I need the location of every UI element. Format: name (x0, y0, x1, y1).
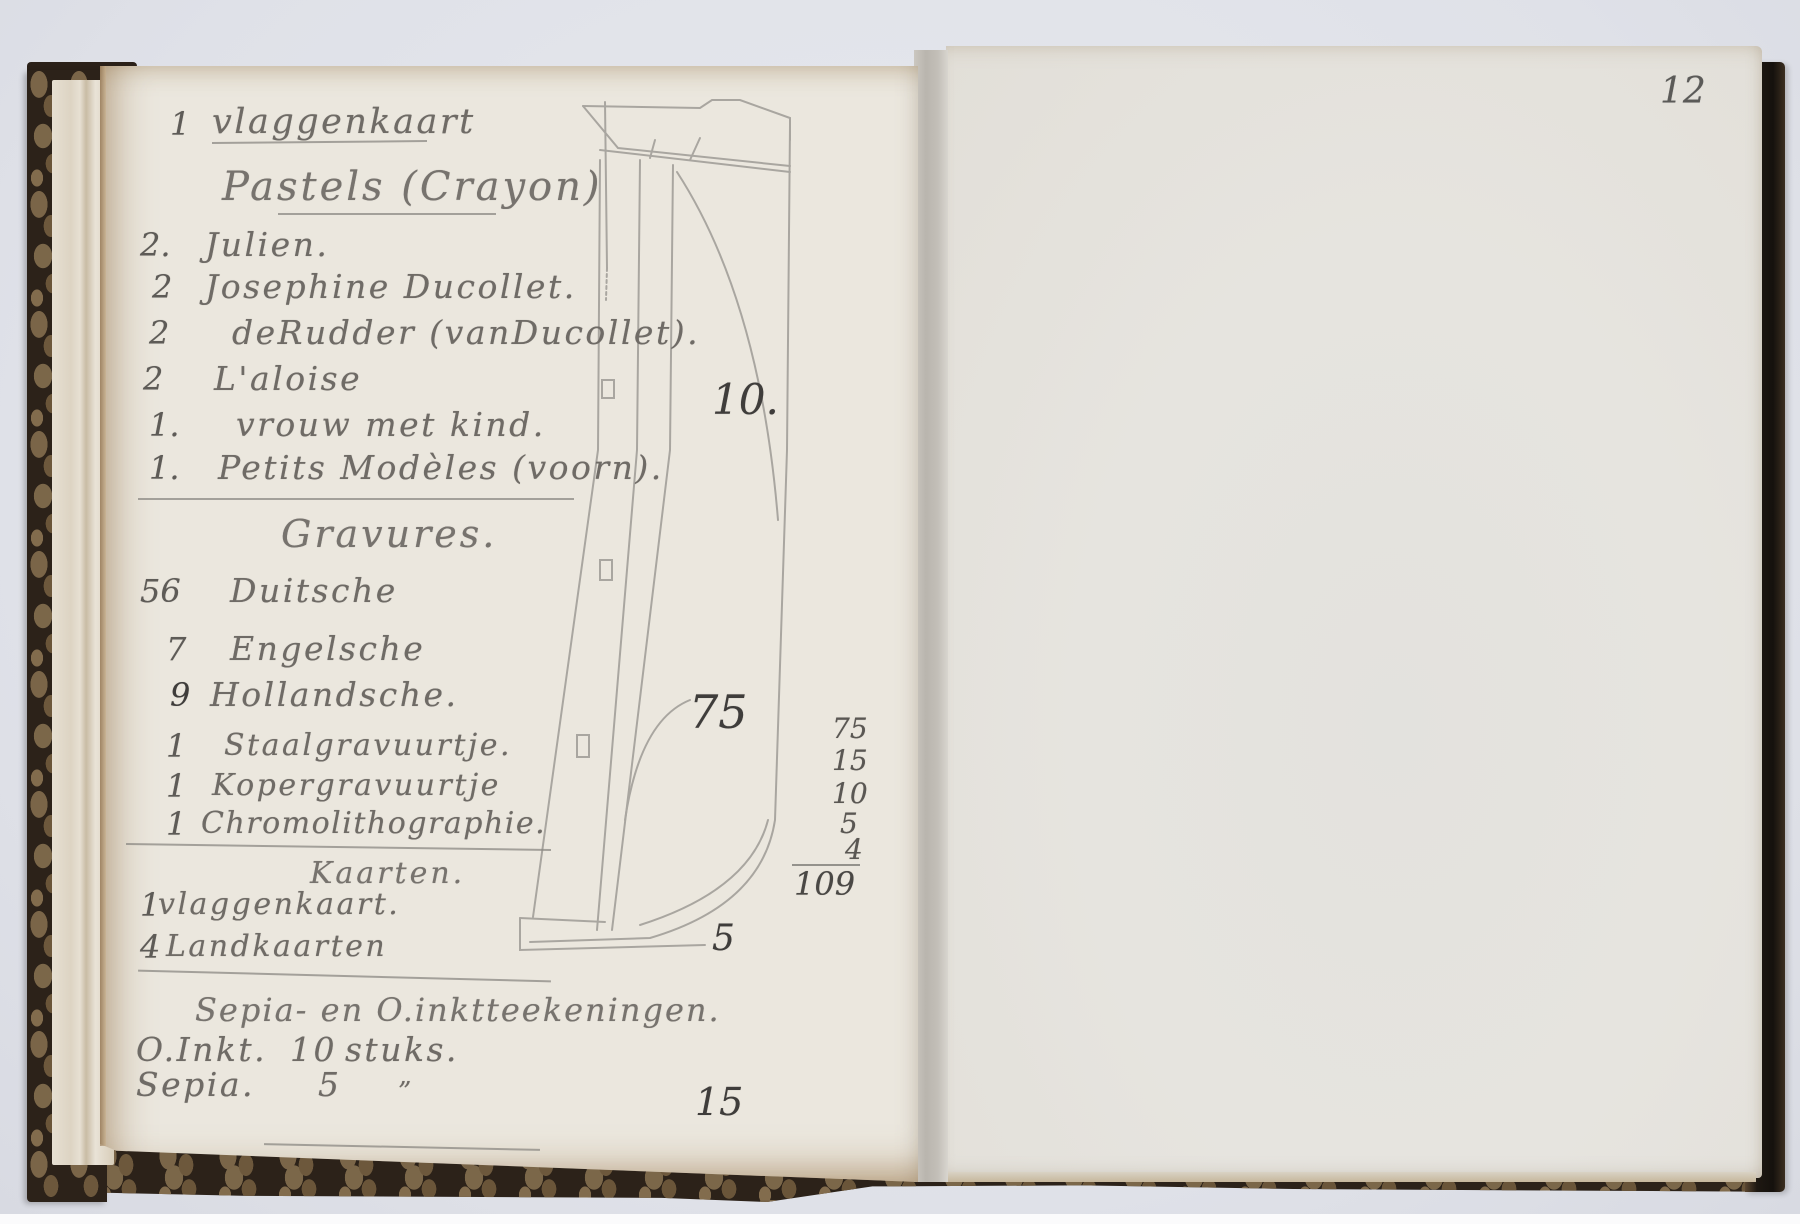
item-label: Sepia. (136, 1063, 255, 1107)
item-label: Staalgravuurtje. (224, 724, 512, 768)
item-qty: 2. (140, 223, 171, 267)
section-heading-gravures: Gravures. (281, 512, 497, 556)
section-amount-gravures: 75 (689, 690, 748, 734)
right-page (946, 46, 1762, 1178)
item-label: Engelsche (230, 627, 425, 671)
item-qty: 1. (149, 446, 180, 490)
tally-value: 75 (832, 713, 868, 745)
item-label: L'aloise (214, 357, 362, 401)
item-label: Duitsche (230, 569, 398, 613)
tally-value: 4 (845, 834, 863, 866)
section-divider (138, 498, 574, 500)
item-unit: ” (398, 1070, 414, 1114)
item-qty: 2 (149, 311, 169, 355)
item-qty: 2 (152, 265, 172, 309)
struck-line-qty: 1 (170, 102, 190, 146)
item-label: vrouw met kind. (236, 403, 546, 447)
item-qty: 1 (166, 802, 186, 846)
item-label: deRudder (vanDucollet). (232, 311, 700, 355)
section-heading-sepia: Sepia- en O.inktteekeningen. (195, 988, 721, 1032)
struck-line-label: vlaggenkaart (212, 100, 476, 144)
item-qty: 7 (166, 627, 186, 671)
item-qty: 1 (166, 724, 186, 768)
right-page-bottom-edge (946, 1172, 1756, 1182)
section-amount-sepia: 15 (695, 1080, 743, 1124)
tally-value: 15 (832, 745, 868, 777)
item-qty: 1. (149, 403, 180, 447)
item-label: Chromolithographie. (201, 802, 546, 846)
item-label: Hollandsche. (210, 673, 459, 717)
item-qty: 56 (140, 569, 181, 613)
item-qty: 4 (140, 925, 160, 969)
book-gutter (914, 50, 948, 1182)
tally-value: 10 (832, 778, 868, 810)
tally-total: 109 (794, 868, 855, 900)
item-label: Petits Modèles (voorn). (218, 446, 664, 490)
left-page-foxed-edge (100, 66, 106, 1146)
item-qty: 2 (143, 357, 163, 401)
item-unit: stuks. (345, 1028, 459, 1072)
bottom-white-band (0, 1214, 1800, 1224)
section-heading-pastels: Pastels (Crayon) (222, 165, 603, 209)
item-count: 5 (318, 1063, 342, 1107)
section-amount-pastels: 10. (712, 378, 779, 422)
item-qty: 9 (170, 673, 190, 717)
item-label: Julien. (205, 223, 329, 267)
item-label: Landkaarten (166, 925, 387, 969)
item-label: Josephine Ducollet. (205, 265, 577, 309)
section-amount-kaarten: 5 (712, 917, 735, 961)
page-number: 12 (1660, 70, 1706, 114)
item-label: vlaggenkaart. (158, 883, 400, 927)
heading-underline (278, 213, 496, 215)
